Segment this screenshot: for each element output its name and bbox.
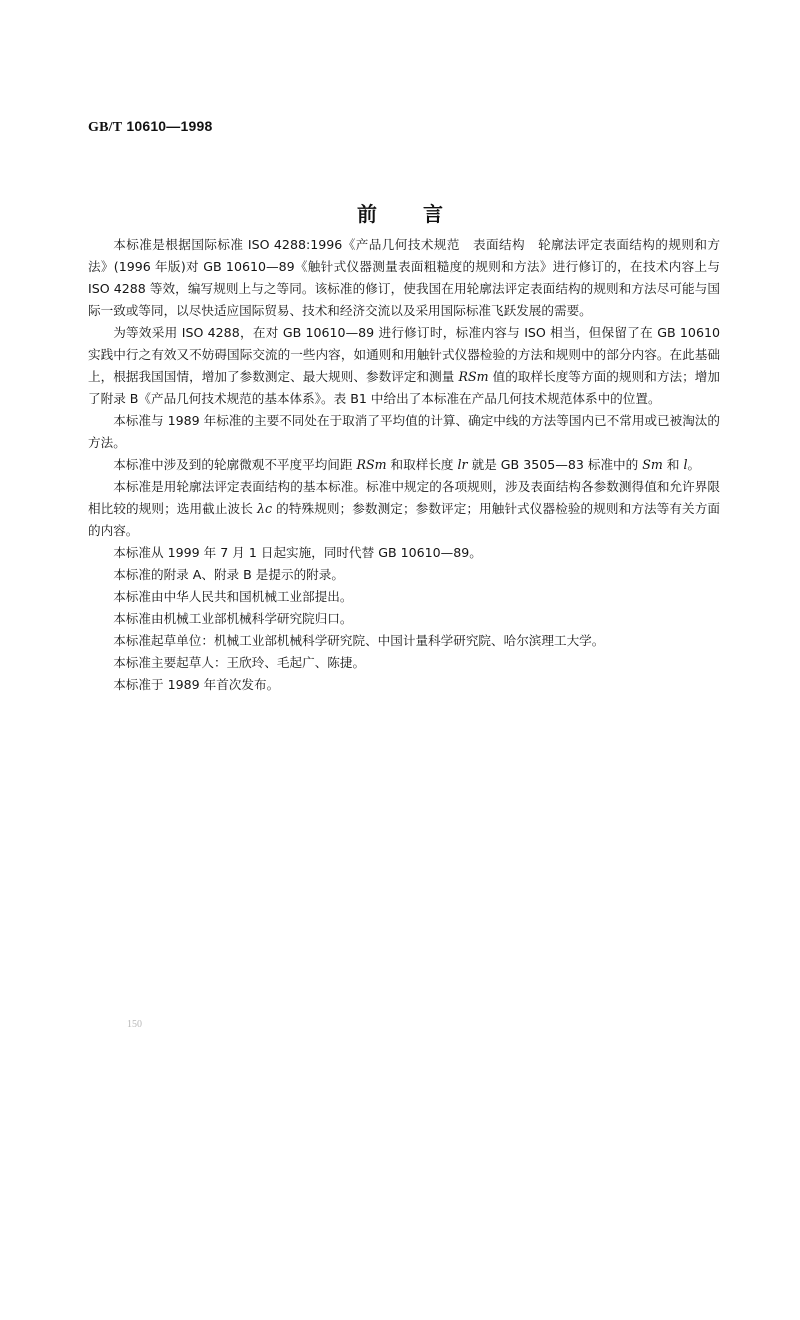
title-char-2: 言 bbox=[423, 198, 443, 227]
paragraph-2: 为等效采用 ISO 4288，在对 GB 10610—89 进行修订时，标准内容… bbox=[88, 322, 720, 410]
foreword-body: 本标准是根据国际标准 ISO 4288:1996《产品几何技术规范 表面结构 轮… bbox=[88, 234, 720, 696]
symbol-lr: lr bbox=[458, 457, 468, 472]
paragraph-text: 本标准与 1989 年标准的主要不同处在于取消了平均值的计算、确定中线的方法等国… bbox=[88, 413, 720, 450]
page-number: 150 bbox=[127, 1019, 142, 1030]
page-title: 前言 bbox=[0, 198, 800, 227]
paragraph-text: 本标准由中华人民共和国机械工业部提出。 bbox=[113, 589, 352, 604]
paragraph-text: 本标准于 1989 年首次发布。 bbox=[113, 677, 279, 692]
paragraph-drafters: 本标准主要起草人：王欣玲、毛起广、陈捷。 bbox=[88, 652, 720, 674]
paragraph-text: 就是 GB 3505—83 标准中的 bbox=[468, 457, 643, 472]
symbol-lambda-c: λc bbox=[257, 501, 272, 516]
standard-number: 10610—1998 bbox=[126, 118, 212, 134]
standard-prefix: GB/T bbox=[88, 120, 122, 135]
paragraph-drafting-units: 本标准起草单位：机械工业部机械科学研究院、中国计量科学研究院、哈尔滨理工大学。 bbox=[88, 630, 720, 652]
paragraph-3: 本标准与 1989 年标准的主要不同处在于取消了平均值的计算、确定中线的方法等国… bbox=[88, 410, 720, 454]
paragraph-5: 本标准是用轮廓法评定表面结构的基本标准。标准中规定的各项规则，涉及表面结构各参数… bbox=[88, 476, 720, 542]
paragraph-text: 本标准从 1999 年 7 月 1 日起实施，同时代替 GB 10610—89。 bbox=[113, 545, 482, 560]
title-char-1: 前 bbox=[357, 198, 377, 227]
paragraph-text: 。 bbox=[687, 457, 700, 472]
paragraph-text: 和 bbox=[663, 457, 684, 472]
symbol-rsm: RSm bbox=[356, 457, 386, 472]
paragraph-text: 本标准是根据国际标准 ISO 4288:1996《产品几何技术规范 表面结构 轮… bbox=[88, 237, 720, 318]
symbol-rsm: RSm bbox=[458, 369, 488, 384]
paragraph-effective-date: 本标准从 1999 年 7 月 1 日起实施，同时代替 GB 10610—89。 bbox=[88, 542, 720, 564]
paragraph-1: 本标准是根据国际标准 ISO 4288:1996《产品几何技术规范 表面结构 轮… bbox=[88, 234, 720, 322]
paragraph-first-published: 本标准于 1989 年首次发布。 bbox=[88, 674, 720, 696]
paragraph-administrator: 本标准由机械工业部机械科学研究院归口。 bbox=[88, 608, 720, 630]
paragraph-4: 本标准中涉及到的轮廓微观不平度平均间距 RSm 和取样长度 lr 就是 GB 3… bbox=[88, 454, 720, 476]
symbol-sm: Sm bbox=[642, 457, 663, 472]
paragraph-text: 本标准中涉及到的轮廓微观不平度平均间距 bbox=[113, 457, 356, 472]
paragraph-text: 本标准主要起草人：王欣玲、毛起广、陈捷。 bbox=[113, 655, 365, 670]
paragraph-proposer: 本标准由中华人民共和国机械工业部提出。 bbox=[88, 586, 720, 608]
paragraph-text: 和取样长度 bbox=[387, 457, 458, 472]
paragraph-text: 本标准由机械工业部机械科学研究院归口。 bbox=[113, 611, 352, 626]
standard-code-header: GB/T 10610—1998 bbox=[88, 118, 212, 136]
paragraph-text: 本标准起草单位：机械工业部机械科学研究院、中国计量科学研究院、哈尔滨理工大学。 bbox=[113, 633, 604, 648]
paragraph-text: 本标准的附录 A、附录 B 是提示的附录。 bbox=[113, 567, 344, 582]
paragraph-appendix: 本标准的附录 A、附录 B 是提示的附录。 bbox=[88, 564, 720, 586]
